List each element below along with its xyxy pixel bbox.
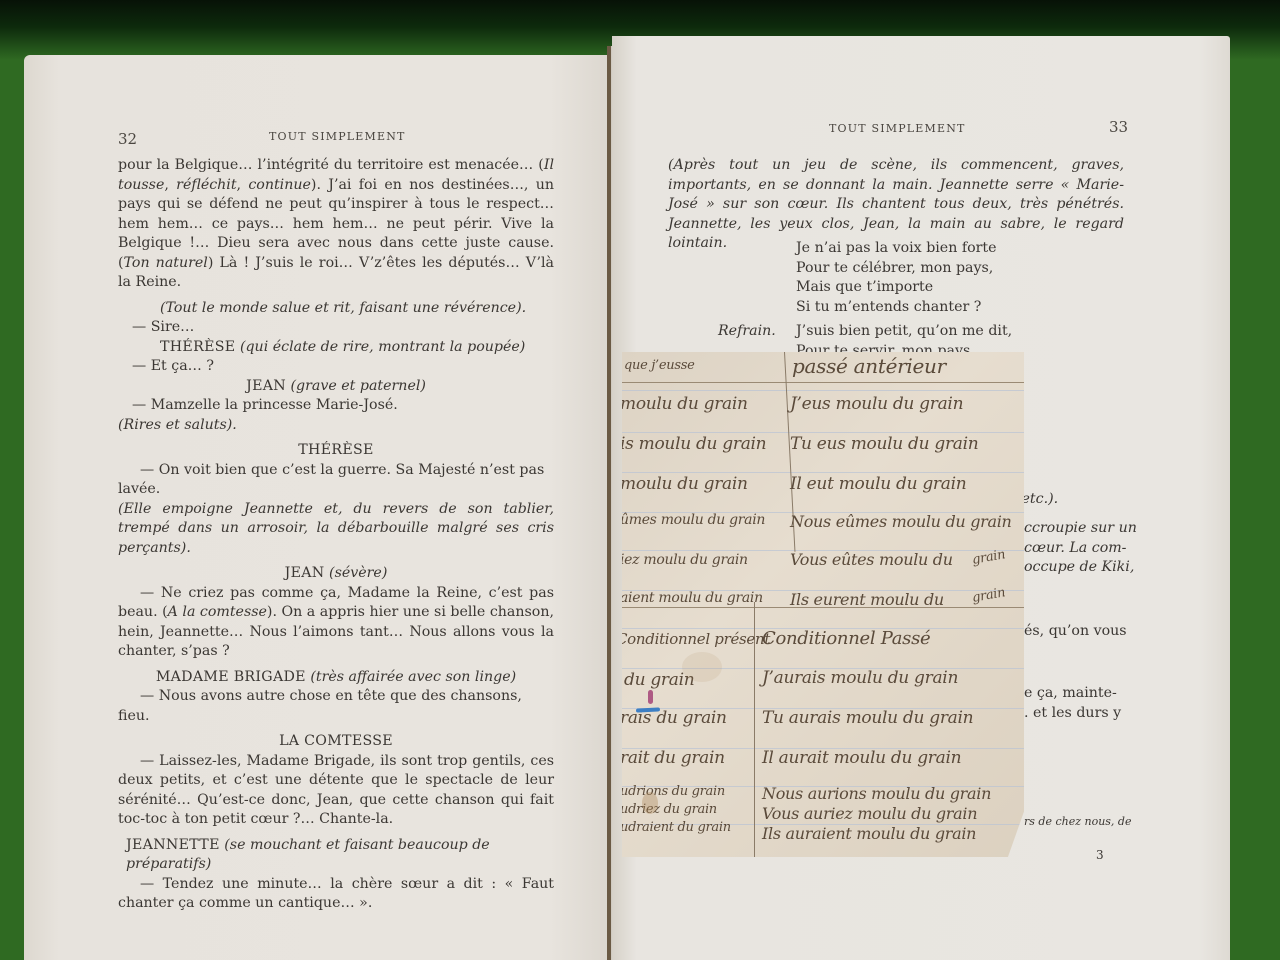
- note-left-line: ûmes moulu du grain: [622, 512, 765, 528]
- note-right-line: Nous eûmes moulu du grain: [790, 512, 1012, 531]
- note-right-line: Tu eus moulu du grain: [790, 434, 978, 454]
- partial-line: . et les durs y: [1024, 704, 1121, 724]
- note-right-line: Conditionnel Passé: [762, 628, 930, 649]
- verse-line: Mais que t’importe: [796, 278, 1096, 298]
- partial-line: occupe de Kiki,: [1024, 558, 1134, 578]
- handwritten-note: que j’eusse passé antérieur moulu du gra…: [622, 352, 1024, 857]
- note-left-line: moulu du grain: [622, 474, 748, 494]
- note-right-line: J’aurais moulu du grain: [762, 668, 958, 688]
- dialogue-line: — Et ça… ?: [118, 357, 554, 377]
- page-number-left: 32: [118, 130, 137, 148]
- note-left-line: udrions du grain: [622, 784, 725, 799]
- speaker-line: THÉRÈSE (qui éclate de rire, montrant la…: [118, 338, 554, 358]
- partial-line: e ça, mainte-: [1024, 684, 1117, 704]
- note-right-line: Vous auriez moulu du grain: [762, 804, 977, 823]
- left-page-text: pour la Belgique… l’intégrité du territo…: [118, 156, 554, 914]
- footnote-partial: rs de chez nous, de: [1024, 812, 1131, 832]
- dialogue-line: — On voit bien que c’est la guerre. Sa M…: [118, 461, 554, 500]
- dialogue-line: — Tendez une minute… la chère sœur a dit…: [118, 875, 554, 914]
- speaker-name: THÉRÈSE: [118, 441, 554, 461]
- note-left-line: Conditionnel présent: [622, 630, 770, 648]
- note-right-line: Tu aurais moulu du grain: [762, 708, 973, 728]
- note-right-line: Ils auraient moulu du grain: [762, 824, 976, 843]
- dialogue-line: — Nous avons autre chose en tête que des…: [118, 687, 554, 726]
- note-right-line: Ils eurent moulu du: [790, 590, 944, 609]
- stain: [642, 792, 658, 814]
- note-overflow-word: grain: [971, 585, 1006, 606]
- note-left-line: iez moulu du grain: [622, 552, 748, 568]
- speaker-name: LA COMTESSE: [118, 732, 554, 752]
- dialogue-line: — Mamzelle la princesse Marie-José.: [118, 396, 554, 416]
- note-left-line: aient moulu du grain: [622, 590, 763, 606]
- paragraph-king-speech: pour la Belgique… l’intégrité du territo…: [118, 156, 554, 293]
- note-right-line: J’eus moulu du grain: [790, 394, 963, 414]
- dialogue-line: — Sire…: [118, 318, 554, 338]
- stage-direction: (Rires et saluts).: [118, 416, 554, 436]
- partial-line: és, qu’on vous: [1024, 622, 1127, 642]
- note-right-line: Vous eûtes moulu du: [790, 550, 953, 569]
- speaker-line: MADAME BRIGADE (très affairée avec son l…: [118, 668, 554, 688]
- speaker-line: JEAN (sévère): [118, 564, 554, 584]
- note-left-line: rait du grain: [622, 748, 725, 768]
- note-header-right: passé antérieur: [792, 354, 946, 378]
- partial-line: ccroupie sur un: [1024, 519, 1137, 539]
- note-right-line: Il aurait moulu du grain: [762, 748, 961, 768]
- song-verse: Je n’ai pas la voix bien forte Pour te c…: [796, 239, 1096, 317]
- speaker-line: JEANNETTE (se mouchant et faisant beauco…: [118, 836, 554, 875]
- stage-direction: (Elle empoigne Jeannette et, du revers d…: [118, 500, 554, 559]
- note-header-left: que j’eusse: [624, 358, 695, 373]
- speaker-name: THÉRÈSE: [160, 339, 235, 355]
- partial-line: cœur. La com-: [1024, 539, 1126, 559]
- stage-direction: (Tout le monde salue et rit, faisant une…: [118, 299, 554, 319]
- signature-mark: 3: [1096, 846, 1104, 866]
- verse-line: Si tu m’entends chanter ?: [796, 298, 1096, 318]
- verse-line: Pour te célébrer, mon pays,: [796, 259, 1096, 279]
- verse-line: Je n’ai pas la voix bien forte: [796, 239, 1096, 259]
- speaker-direction: (qui éclate de rire, montrant la poupée): [240, 339, 525, 355]
- refrain-label: Refrain.: [718, 322, 776, 342]
- refrain-line: J’suis bien petit, qu’on me dit,: [796, 322, 1096, 342]
- note-left-line: udraient du grain: [622, 820, 731, 835]
- note-left-line: is moulu du grain: [622, 434, 766, 454]
- left-page: 32 TOUT SIMPLEMENT pour la Belgique… l’i…: [24, 55, 608, 960]
- page-number-right: 33: [1109, 118, 1128, 136]
- dialogue-line: — Laissez-les, Madame Brigade, ils sont …: [118, 752, 554, 830]
- speaker-line: JEAN (grave et paternel): [118, 377, 554, 397]
- note-right-line: Il eut moulu du grain: [790, 474, 966, 494]
- note-left-line: moulu du grain: [622, 394, 748, 414]
- running-head-right: TOUT SIMPLEMENT: [829, 122, 966, 135]
- note-right-line: Nous aurions moulu du grain: [762, 784, 991, 803]
- running-head-left: TOUT SIMPLEMENT: [269, 130, 406, 143]
- dialogue-line: — Ne criez pas comme ça, Madame la Reine…: [118, 584, 554, 662]
- magenta-ink-mark: [648, 690, 653, 704]
- stain: [682, 652, 722, 682]
- note-left-line: udriez du grain: [622, 802, 717, 817]
